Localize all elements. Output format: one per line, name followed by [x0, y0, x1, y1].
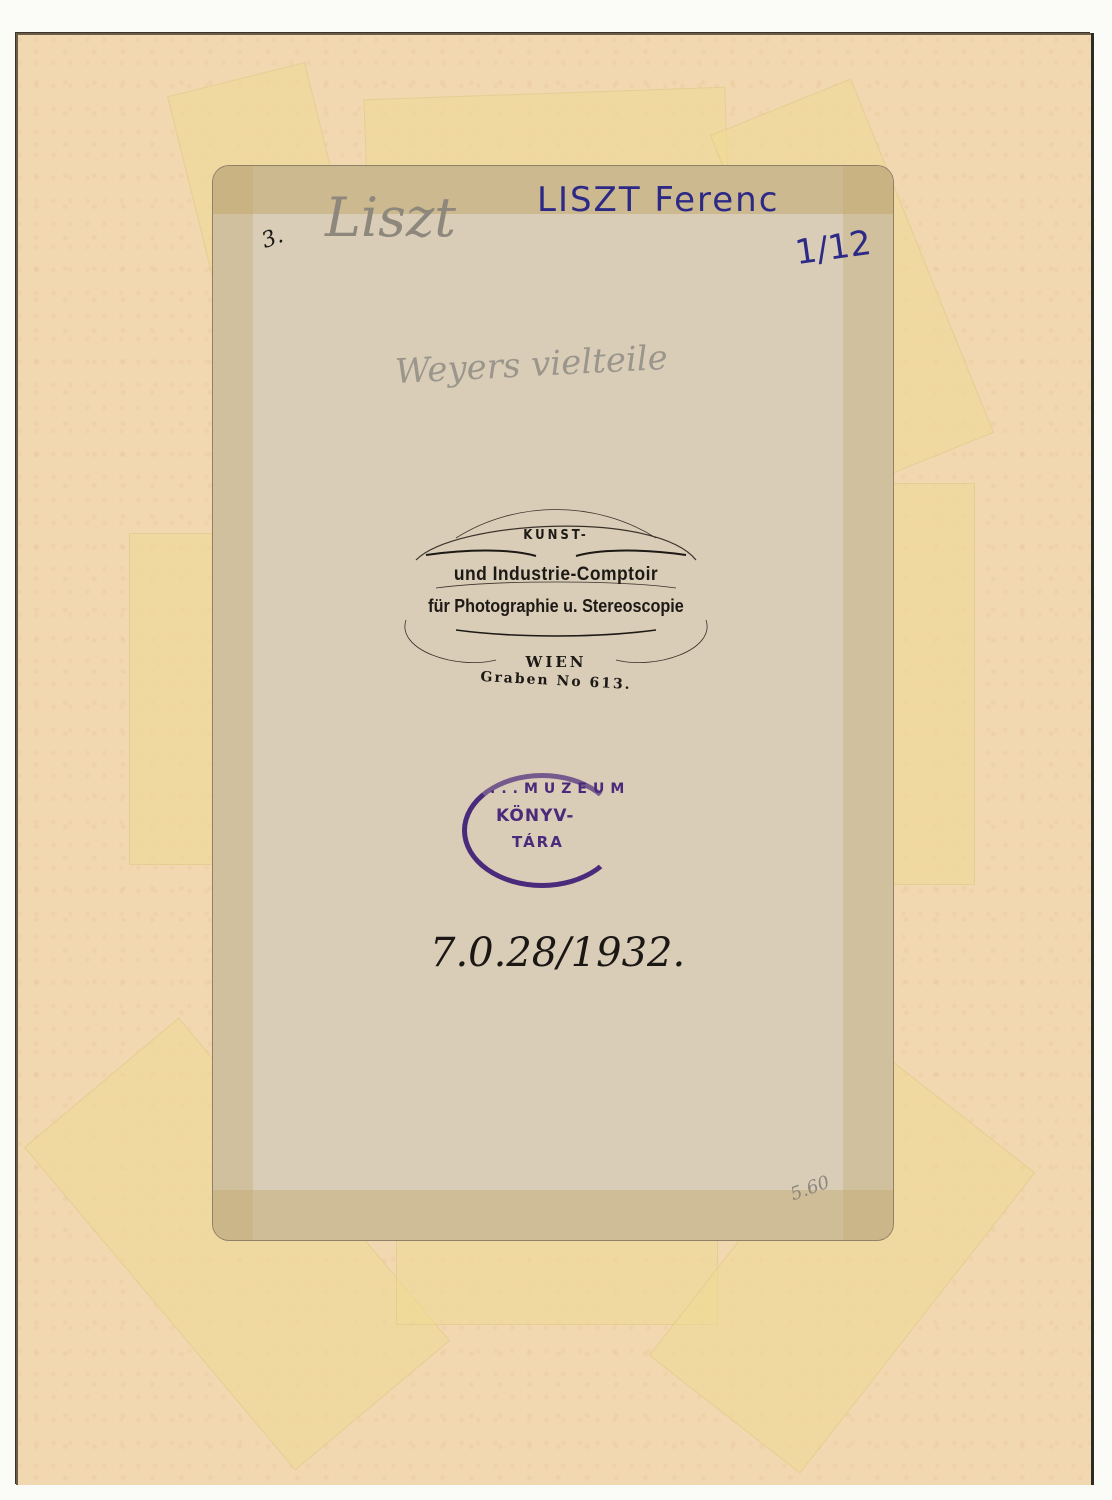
- pencil-name: Liszt: [325, 186, 456, 249]
- imprint-line-1: KUNST-: [396, 528, 716, 543]
- tape-overlay-left: [213, 166, 253, 1240]
- stamp-arc-text: ...MUZEUM: [490, 781, 630, 797]
- library-stamp: ...MUZEUM KÖNYV- TÁRA: [462, 773, 630, 893]
- imprint-line-3: für Photographie u. Stereoscopie: [412, 596, 700, 617]
- ink-inventory-number: 7.0.28/1932.: [430, 930, 685, 976]
- stamp-line-1: KÖNYV-: [496, 806, 574, 826]
- imprint-line-2: und Industrie-Comptoir: [409, 564, 703, 586]
- stamp-line-2: TÁRA: [512, 833, 564, 851]
- tape-overlay-right: [843, 166, 893, 1240]
- photographer-imprint: KUNST- und Industrie-Comptoir für Photog…: [396, 500, 716, 700]
- photo-card-back: [213, 166, 893, 1240]
- blue-name: LISZT Ferenc: [537, 180, 779, 220]
